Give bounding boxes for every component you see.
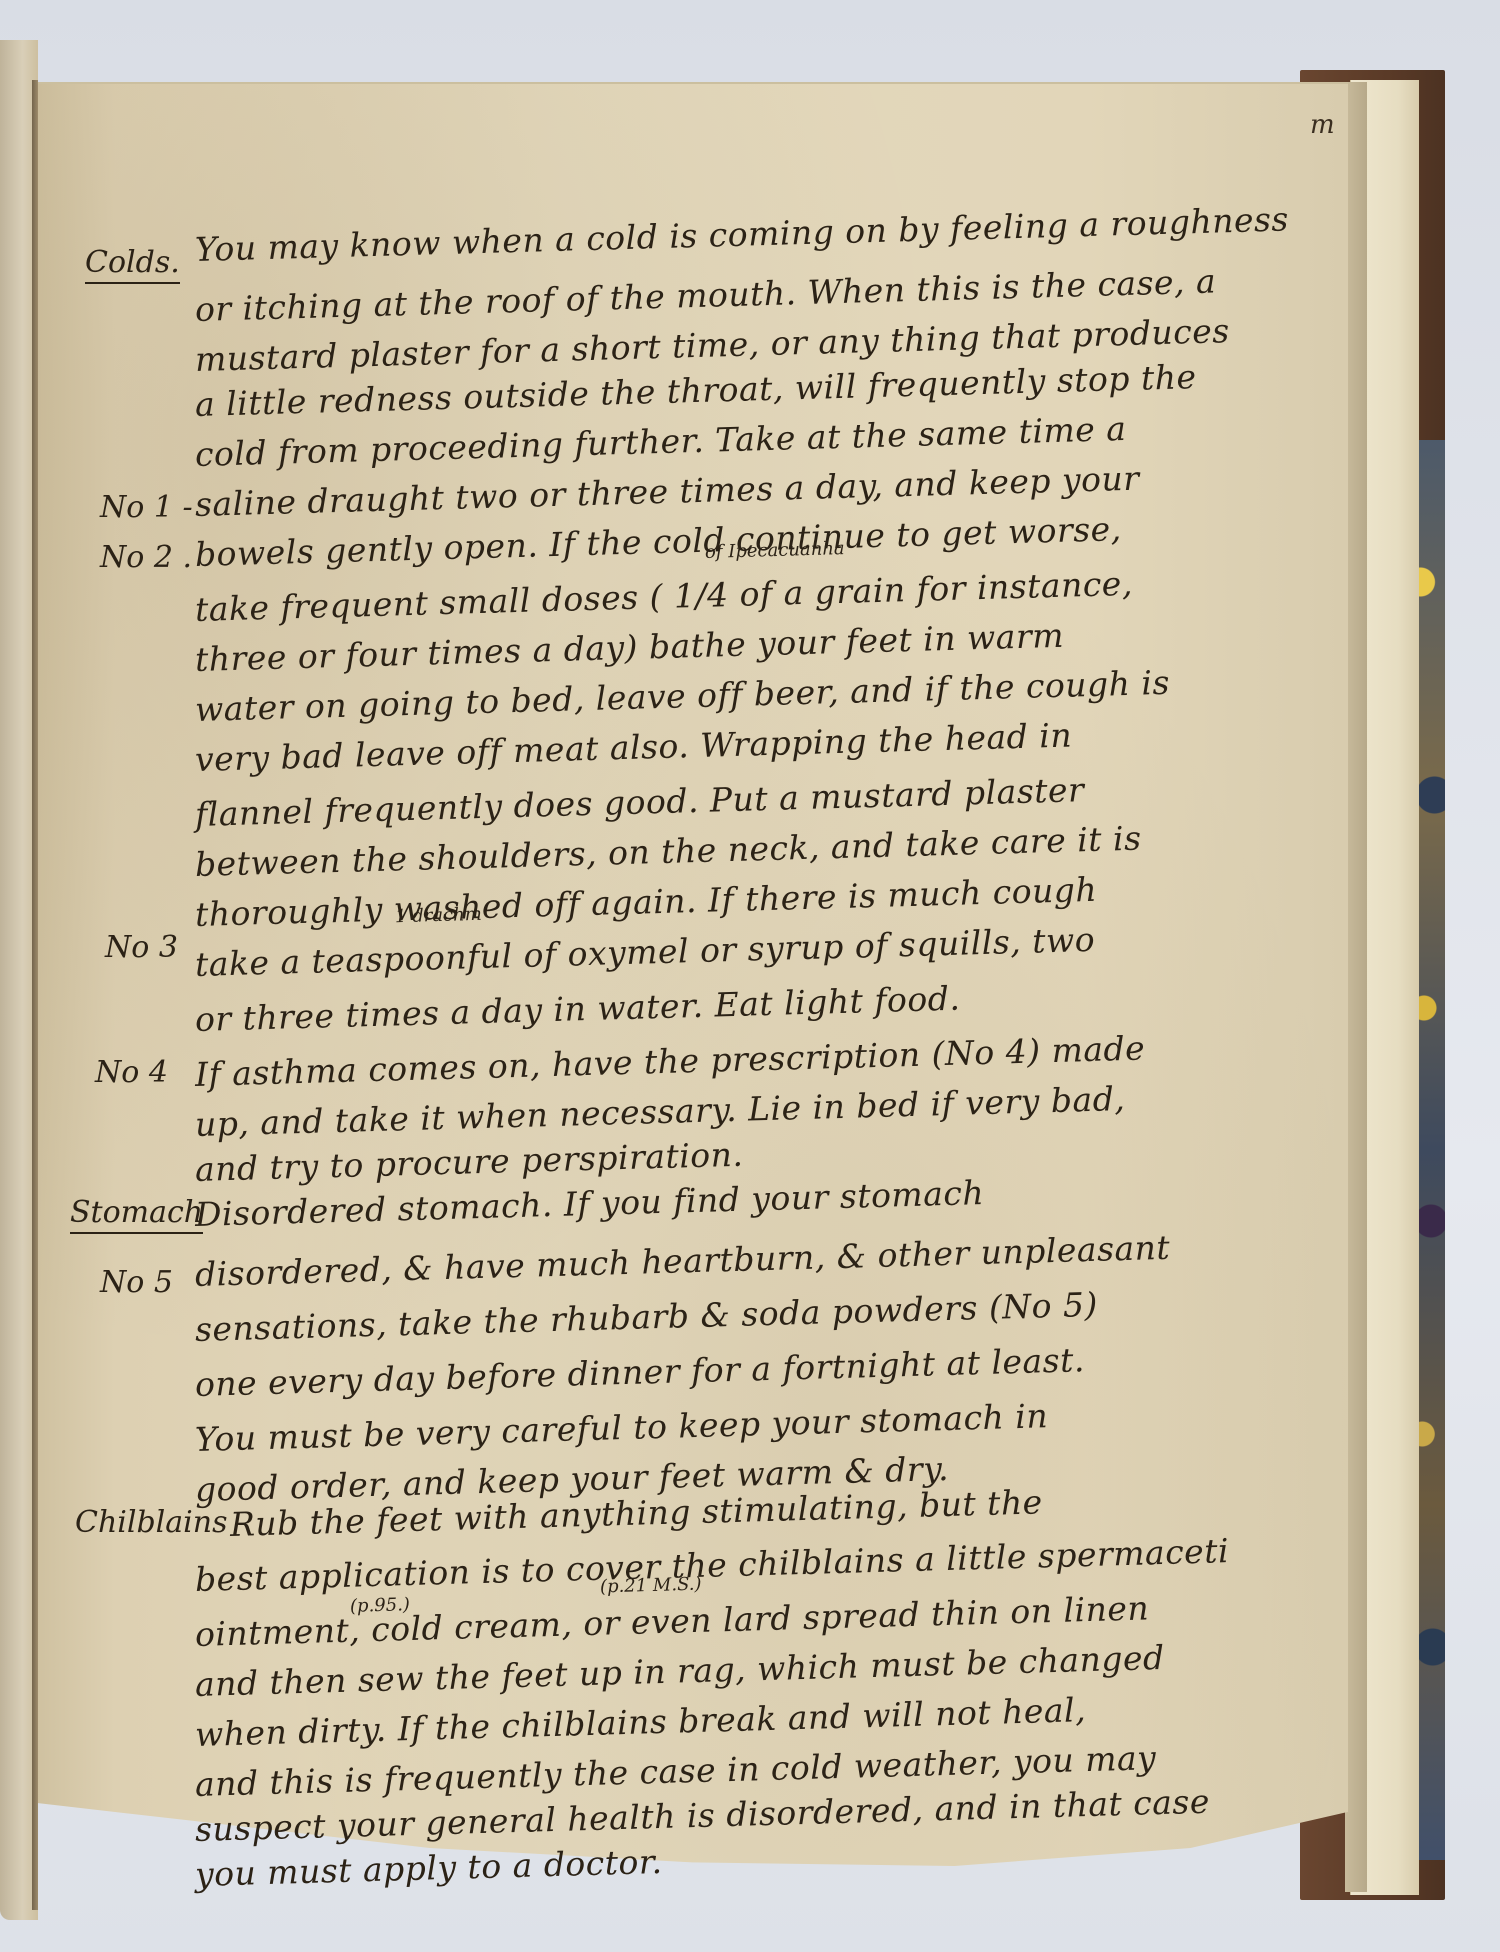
- margin-label-chilblains: Chilblains -: [75, 1505, 247, 1540]
- text-line: one every day before dinner for a fortni…: [194, 1340, 1085, 1404]
- margin-label-no4: No 4: [95, 1055, 168, 1090]
- margin-label-colds: Colds.: [85, 245, 180, 284]
- text-line: best application is to cover the chilbla…: [194, 1531, 1229, 1599]
- text-line: you must apply to a doctor.: [194, 1842, 663, 1894]
- text-line: and try to procure perspiration.: [194, 1135, 743, 1189]
- margin-label-stomach: Stomach: [70, 1195, 203, 1234]
- margin-label-no2: No 2 .: [100, 540, 192, 575]
- handwritten-text: Colds. No 1 - No 2 . No 3 No 4 Stomach N…: [0, 0, 1500, 1952]
- margin-label-no5: No 5: [100, 1265, 173, 1300]
- margin-label-no1: No 1 -: [100, 490, 193, 525]
- text-line: You may know when a cold is coming on by…: [194, 199, 1289, 269]
- text-line: sensations, take the rhubarb & soda powd…: [194, 1285, 1098, 1349]
- text-line: disordered, & have much heartburn, & oth…: [194, 1228, 1170, 1294]
- text-line: or three times a day in water. Eat light…: [194, 979, 960, 1039]
- margin-label-no3: No 3: [105, 930, 178, 965]
